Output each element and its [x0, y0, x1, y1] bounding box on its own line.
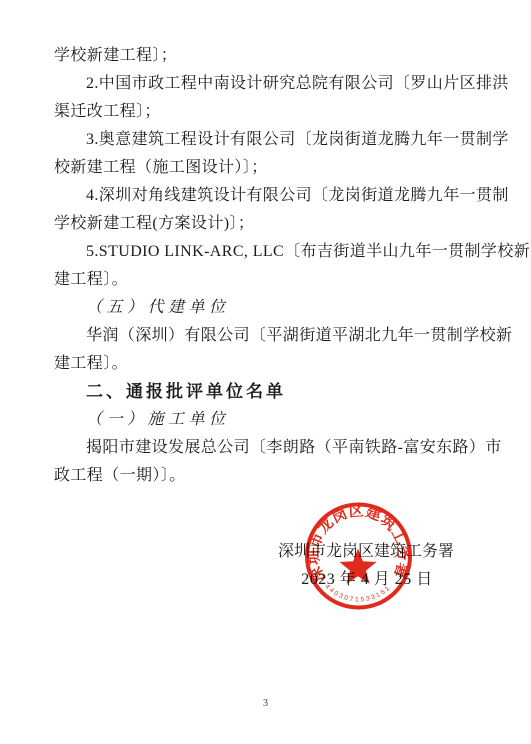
- document-line: 渠迁改工程〕；: [54, 98, 509, 126]
- document-line: 5.STUDIO LINK-ARC, LLC〔布吉街道半山九年一贯制学校新: [54, 238, 509, 266]
- section-label: （五）代建单位: [54, 294, 509, 322]
- document-line: 3.奥意建筑工程设计有限公司〔龙岗街道龙腾九年一贯制学: [54, 126, 509, 154]
- signature-date: 2023 年 4 月 25 日: [278, 566, 456, 594]
- document-line: 揭阳市建设发展总公司〔李朗路（平南铁路-富安东路）市: [54, 434, 509, 462]
- document-line: 学校新建工程(方案设计)〕；: [54, 210, 509, 238]
- document-line: 建工程〕。: [54, 266, 509, 294]
- page-number: 3: [0, 698, 531, 709]
- document-line: 4.深圳对角线建筑设计有限公司〔龙岗街道龙腾九年一贯制: [54, 182, 509, 210]
- document-line: 华润（深圳）有限公司〔平湖街道平湖北九年一贯制学校新: [54, 322, 509, 350]
- document-line: 2.中国市政工程中南设计研究总院有限公司〔罗山片区排洪: [54, 70, 509, 98]
- document-body: 学校新建工程〕； 2.中国市政工程中南设计研究总院有限公司〔罗山片区排洪 渠迁改…: [54, 42, 509, 490]
- document-line: 建工程〕。: [54, 350, 509, 378]
- document-page: 学校新建工程〕； 2.中国市政工程中南设计研究总院有限公司〔罗山片区排洪 渠迁改…: [0, 0, 531, 744]
- document-line: 政工程（一期）〕。: [54, 462, 509, 490]
- section-label: （一）施工单位: [54, 406, 509, 434]
- signature-org: 深圳市龙岗区建筑工务署: [278, 538, 456, 566]
- document-line: 校新建工程（施工图设计）〕；: [54, 154, 509, 182]
- section-heading: 二、通报批评单位名单: [54, 378, 509, 406]
- document-line: 学校新建工程〕；: [54, 42, 509, 70]
- signature-block: 深圳市龙岗区建筑工务署 2023 年 4 月 25 日: [278, 538, 456, 594]
